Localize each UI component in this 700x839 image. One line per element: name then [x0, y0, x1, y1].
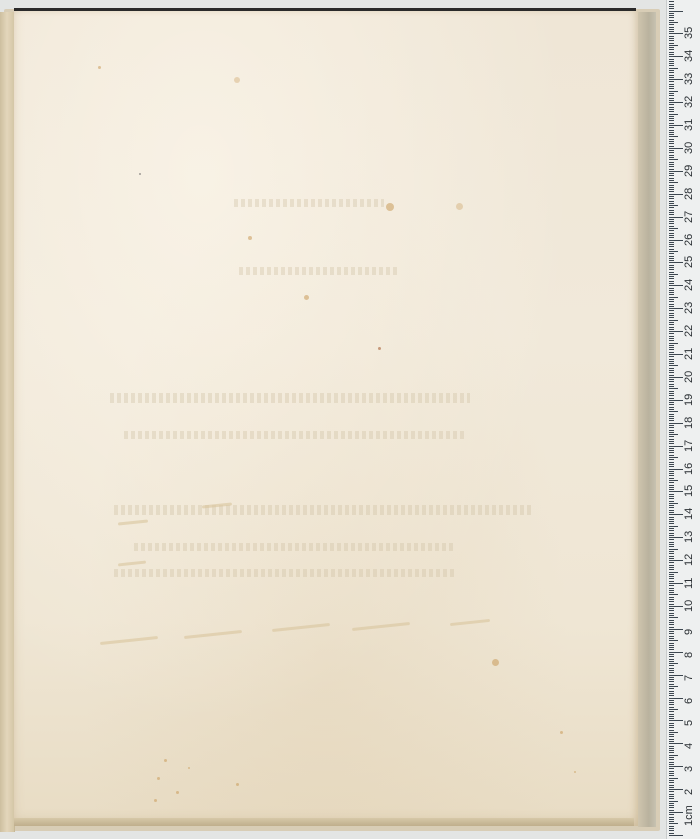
- ruler-tick: [669, 166, 674, 167]
- ruler-tick: [669, 402, 674, 403]
- ruler-tick: [669, 77, 674, 78]
- ruler-tick: [669, 764, 674, 765]
- foxing-spot: [492, 659, 499, 666]
- foxing-spot: [456, 203, 463, 210]
- ruler-tick: [669, 228, 678, 229]
- ruler-tick: [669, 480, 678, 481]
- ruler-tick: [669, 230, 674, 231]
- ruler-tick: [669, 391, 674, 392]
- ruler-tick: [669, 237, 674, 238]
- ruler-tick: [669, 386, 674, 387]
- ruler-tick: [669, 40, 674, 41]
- ruler-tick: [669, 707, 674, 708]
- ruler-tick: [669, 661, 674, 662]
- ruler-tick: [669, 8, 674, 9]
- ruler-tick: [669, 601, 674, 602]
- show-through-rule: [352, 622, 410, 631]
- ruler-tick: [669, 420, 674, 421]
- foxing-spot: [157, 777, 160, 780]
- ruler-tick: [669, 503, 678, 504]
- ruler-tick: [669, 592, 674, 593]
- ruler-tick: [669, 17, 674, 18]
- ruler-tick: [669, 517, 674, 518]
- ruler-label: 5: [683, 720, 695, 726]
- ruler-tick: [669, 700, 674, 701]
- ruler-tick: [669, 446, 683, 447]
- ruler-tick: [669, 400, 683, 401]
- show-through-rule: [118, 561, 146, 567]
- ruler-label: 10: [683, 600, 695, 612]
- ruler-tick: [669, 43, 674, 44]
- show-through-line: [239, 267, 399, 275]
- ruler-tick: [669, 670, 674, 671]
- ruler-tick: [669, 727, 674, 728]
- ruler-tick: [669, 448, 674, 449]
- ruler-tick: [669, 645, 674, 646]
- ruler-tick: [669, 100, 674, 101]
- ruler-tick: [669, 766, 683, 767]
- ruler-tick: [669, 464, 674, 465]
- ruler-label: 14: [683, 508, 695, 520]
- ruler-tick: [669, 654, 674, 655]
- ruler-tick: [669, 755, 678, 756]
- ruler-tick: [669, 226, 674, 227]
- ruler-tick: [669, 599, 674, 600]
- ruler-label: 16: [683, 462, 695, 474]
- ruler-tick: [669, 336, 674, 337]
- ruler-tick: [669, 86, 674, 87]
- ruler-tick: [669, 258, 674, 259]
- ruler-tick: [669, 549, 678, 550]
- ruler-label: 23: [683, 302, 695, 314]
- ruler-tick: [669, 15, 674, 16]
- ruler-tick: [669, 434, 678, 435]
- ruler-tick: [669, 542, 674, 543]
- ruler-tick: [669, 68, 678, 69]
- ruler-tick: [669, 379, 674, 380]
- ruler-tick: [669, 723, 674, 724]
- ruler-tick: [669, 627, 674, 628]
- ruler-tick: [669, 730, 674, 731]
- ruler-tick: [669, 221, 674, 222]
- ruler-tick: [669, 475, 674, 476]
- ruler-tick: [669, 189, 674, 190]
- ruler-tick: [669, 798, 674, 799]
- ruler-tick: [669, 556, 674, 557]
- ruler-label: 32: [683, 96, 695, 108]
- ruler-tick: [669, 38, 674, 39]
- ruler-tick: [669, 294, 674, 295]
- ruler-label: 12: [683, 554, 695, 566]
- ruler-tick: [669, 622, 674, 623]
- ruler-tick: [669, 530, 674, 531]
- show-through-line: [234, 199, 384, 207]
- ruler-tick: [669, 757, 674, 758]
- ruler-tick: [669, 102, 683, 103]
- ruler-tick: [669, 823, 678, 824]
- ruler-tick: [669, 608, 674, 609]
- ruler-tick: [669, 613, 674, 614]
- ruler-tick: [669, 267, 674, 268]
- show-through-line: [134, 543, 454, 551]
- ruler-tick: [669, 361, 674, 362]
- foxing-spot: [164, 759, 167, 762]
- ruler-tick: [669, 817, 674, 818]
- ruler-tick: [669, 93, 674, 94]
- ruler-tick: [669, 430, 674, 431]
- ruler-label: 34: [683, 50, 695, 62]
- ruler-label: 35: [683, 27, 695, 39]
- ruler-tick: [669, 127, 674, 128]
- ruler-tick: [669, 1, 674, 2]
- ruler-tick: [669, 452, 674, 453]
- foxing-spot: [304, 295, 309, 300]
- ruler-tick: [669, 65, 674, 66]
- ruler-tick: [669, 537, 683, 538]
- ruler-tick: [669, 306, 674, 307]
- ruler-tick: [669, 310, 674, 311]
- ruler-tick: [669, 283, 674, 284]
- ruler-tick: [669, 52, 674, 53]
- ruler-tick: [669, 606, 683, 607]
- ruler-tick: [669, 794, 674, 795]
- ruler-tick: [669, 162, 674, 163]
- ruler-tick: [669, 535, 674, 536]
- ruler-tick: [669, 521, 674, 522]
- ruler-tick: [669, 478, 674, 479]
- ruler-tick: [669, 141, 674, 142]
- ruler-tick: [669, 123, 674, 124]
- page-bottom-edge: [14, 818, 634, 826]
- ruler-tick: [669, 583, 683, 584]
- ruler-label: 17: [683, 439, 695, 451]
- ruler-tick: [669, 688, 674, 689]
- foxing-spot: [154, 799, 157, 802]
- ruler-tick: [669, 439, 674, 440]
- ruler-label: 8: [683, 652, 695, 658]
- ruler-tick: [669, 482, 674, 483]
- ruler-tick: [669, 803, 674, 804]
- show-through-line: [114, 505, 534, 515]
- ruler-tick: [669, 150, 674, 151]
- ruler-tick: [669, 146, 674, 147]
- ruler-tick: [669, 647, 674, 648]
- ruler-label: 29: [683, 165, 695, 177]
- ruler-tick: [669, 343, 678, 344]
- ruler-label: 24: [683, 279, 695, 291]
- blank-page: [14, 11, 638, 826]
- show-through-rule: [450, 619, 490, 626]
- cm-ruler: 1cm2345678910111213141516171819202122232…: [666, 0, 700, 839]
- ruler-tick: [669, 278, 674, 279]
- ruler-tick: [669, 505, 674, 506]
- ruler-tick: [669, 702, 674, 703]
- foxing-spot: [236, 783, 239, 786]
- ruler-tick: [669, 207, 674, 208]
- ruler-tick: [669, 262, 683, 263]
- ruler-tick: [669, 384, 674, 385]
- ruler-tick: [669, 436, 674, 437]
- ruler-tick: [669, 432, 674, 433]
- ruler-label: 11: [683, 578, 695, 589]
- ruler-tick: [669, 269, 674, 270]
- ruler-tick: [669, 768, 674, 769]
- ruler-tick: [669, 56, 683, 57]
- ruler-tick: [669, 47, 674, 48]
- ruler-tick: [669, 725, 674, 726]
- ruler-tick: [669, 801, 678, 802]
- ruler-tick: [669, 75, 674, 76]
- ruler-tick: [669, 526, 678, 527]
- ruler-tick: [669, 324, 674, 325]
- ruler-tick: [669, 507, 674, 508]
- ruler-tick: [669, 327, 674, 328]
- ruler-label: 22: [683, 325, 695, 337]
- ruler-tick: [669, 315, 674, 316]
- ruler-tick: [669, 741, 674, 742]
- ruler-tick: [669, 242, 674, 243]
- ruler-tick: [669, 409, 674, 410]
- ruler-tick: [669, 681, 674, 682]
- ruler-label: 27: [683, 210, 695, 222]
- ruler-tick: [669, 388, 678, 389]
- ruler-tick: [669, 365, 678, 366]
- ruler-tick: [669, 84, 674, 85]
- foxing-spot: [98, 66, 101, 69]
- show-through-rule: [118, 519, 148, 525]
- ruler-tick: [669, 116, 674, 117]
- ruler-tick: [669, 572, 678, 573]
- ruler-tick: [669, 771, 674, 772]
- ruler-tick: [669, 317, 674, 318]
- ruler-tick: [669, 219, 674, 220]
- ruler-tick: [669, 539, 674, 540]
- ruler-tick: [669, 487, 674, 488]
- ruler-tick: [669, 512, 674, 513]
- ruler-tick: [669, 588, 674, 589]
- ruler-tick: [669, 377, 683, 378]
- foxing-spot: [176, 791, 179, 794]
- ruler-tick: [669, 354, 683, 355]
- ruler-tick: [669, 368, 674, 369]
- ruler-tick: [669, 780, 674, 781]
- ruler-tick: [669, 643, 674, 644]
- ruler-tick: [669, 620, 674, 621]
- ruler-tick: [669, 13, 674, 14]
- ruler-tick: [669, 205, 678, 206]
- ruler-tick: [669, 775, 674, 776]
- ruler-tick: [669, 791, 674, 792]
- ruler-tick: [669, 819, 674, 820]
- ruler-tick: [669, 528, 674, 529]
- ruler-tick: [669, 297, 678, 298]
- ruler-tick: [669, 107, 674, 108]
- ruler-tick: [669, 471, 674, 472]
- ruler-tick: [669, 443, 674, 444]
- ruler-tick: [669, 288, 674, 289]
- ruler-tick: [669, 246, 674, 247]
- ruler-tick: [669, 695, 674, 696]
- ruler-tick: [669, 59, 674, 60]
- ruler-label: 18: [683, 416, 695, 428]
- foxing-spot: [234, 77, 240, 83]
- ruler-tick: [669, 411, 678, 412]
- ruler-tick: [669, 466, 674, 467]
- ruler-tick: [669, 54, 674, 55]
- ruler-tick: [669, 693, 674, 694]
- ruler-tick: [669, 109, 674, 110]
- ruler-tick: [669, 709, 678, 710]
- ruler-tick: [669, 787, 674, 788]
- ruler-tick: [669, 691, 674, 692]
- ruler-label: 2: [683, 789, 695, 795]
- ruler-tick: [669, 782, 674, 783]
- ruler-tick: [669, 496, 674, 497]
- show-through-rule: [184, 630, 242, 639]
- ruler-tick: [669, 256, 674, 257]
- ruler-tick: [669, 139, 674, 140]
- ruler-tick: [669, 450, 674, 451]
- ruler-tick: [669, 833, 674, 834]
- ruler-tick: [669, 718, 674, 719]
- ruler-tick: [669, 260, 674, 261]
- ruler-tick: [669, 785, 674, 786]
- ruler-tick: [669, 553, 674, 554]
- ruler-tick: [669, 565, 674, 566]
- ruler-tick: [669, 720, 683, 721]
- ruler-tick: [669, 441, 674, 442]
- ruler-tick: [669, 36, 674, 37]
- ruler-tick: [669, 352, 674, 353]
- ruler-tick: [669, 773, 674, 774]
- ruler-tick: [669, 196, 674, 197]
- ruler-tick: [669, 597, 674, 598]
- ruler-tick: [669, 214, 674, 215]
- ruler-tick: [669, 98, 674, 99]
- ruler-tick: [669, 143, 674, 144]
- ruler-tick: [669, 560, 683, 561]
- ruler-tick: [669, 178, 674, 179]
- ruler-tick: [669, 455, 674, 456]
- ruler-tick: [669, 329, 674, 330]
- ruler-tick: [669, 22, 678, 23]
- ruler-tick: [669, 320, 678, 321]
- ruler-tick: [669, 551, 674, 552]
- ruler-label: 9: [683, 629, 695, 635]
- ruler-tick: [669, 132, 674, 133]
- ruler-tick: [669, 746, 674, 747]
- ruler-tick: [669, 33, 683, 34]
- ruler-tick: [669, 333, 674, 334]
- ruler-tick: [669, 828, 674, 829]
- foxing-spot: [560, 731, 563, 734]
- ruler-tick: [669, 830, 674, 831]
- ruler-tick: [669, 686, 678, 687]
- ruler-tick: [669, 301, 674, 302]
- ruler-tick: [669, 734, 674, 735]
- ruler-tick: [669, 698, 683, 699]
- ruler-tick: [669, 381, 674, 382]
- ruler-tick: [669, 418, 674, 419]
- ruler-tick: [669, 356, 674, 357]
- ruler-tick: [669, 789, 683, 790]
- ruler-tick: [669, 778, 678, 779]
- ruler-tick: [669, 79, 683, 80]
- ruler-tick: [669, 585, 674, 586]
- ruler-tick: [669, 457, 678, 458]
- ruler-tick: [669, 95, 674, 96]
- ruler-tick: [669, 649, 674, 650]
- ruler-tick: [669, 762, 674, 763]
- show-through-line: [114, 569, 454, 577]
- ruler-tick: [669, 233, 674, 234]
- ruler-tick: [669, 187, 674, 188]
- ruler-label: 31: [683, 119, 695, 131]
- ruler-label: 13: [683, 531, 695, 543]
- ruler-tick: [669, 398, 674, 399]
- ruler-tick: [669, 72, 674, 73]
- ruler-tick: [669, 423, 683, 424]
- ruler-tick: [669, 510, 674, 511]
- ruler-tick: [669, 640, 678, 641]
- ruler-tick: [669, 677, 674, 678]
- ruler-tick: [669, 159, 678, 160]
- ruler-tick: [669, 558, 674, 559]
- ruler-label: 26: [683, 233, 695, 245]
- ruler-tick: [669, 182, 678, 183]
- ruler-tick: [669, 372, 674, 373]
- show-through-rule: [100, 636, 158, 645]
- ruler-tick: [669, 281, 674, 282]
- ruler-label: 3: [683, 766, 695, 772]
- ruler-label: 1cm: [683, 805, 695, 826]
- ruler-tick: [669, 349, 674, 350]
- ruler-tick: [669, 629, 683, 630]
- ruler-tick: [669, 590, 674, 591]
- ruler-tick: [669, 130, 674, 131]
- ruler-label: 19: [683, 394, 695, 406]
- ruler-tick: [669, 24, 674, 25]
- ruler-tick: [669, 711, 674, 712]
- ruler-tick: [669, 562, 674, 563]
- ruler-tick: [669, 581, 674, 582]
- ruler-tick: [669, 610, 674, 611]
- ruler-tick: [669, 459, 674, 460]
- ruler-tick: [669, 393, 674, 394]
- ruler-tick: [669, 212, 674, 213]
- ruler-tick: [669, 652, 683, 653]
- page-fore-edge: [638, 12, 656, 827]
- ruler-tick: [669, 169, 674, 170]
- ruler-tick: [669, 739, 674, 740]
- ruler-tick: [669, 750, 674, 751]
- ruler-tick: [669, 807, 674, 808]
- ruler-tick: [669, 274, 678, 275]
- ruler-tick: [669, 194, 683, 195]
- ruler-tick: [669, 118, 674, 119]
- ruler-tick: [669, 29, 674, 30]
- ruler-label: 21: [683, 348, 695, 360]
- ruler-tick: [669, 395, 674, 396]
- ruler-tick: [669, 489, 674, 490]
- ruler-tick: [669, 714, 674, 715]
- ruler-tick: [669, 61, 674, 62]
- ruler-tick: [669, 407, 674, 408]
- ruler-tick: [669, 185, 674, 186]
- ruler-tick: [669, 659, 674, 660]
- ruler-tick: [669, 494, 674, 495]
- ruler-tick: [669, 136, 678, 137]
